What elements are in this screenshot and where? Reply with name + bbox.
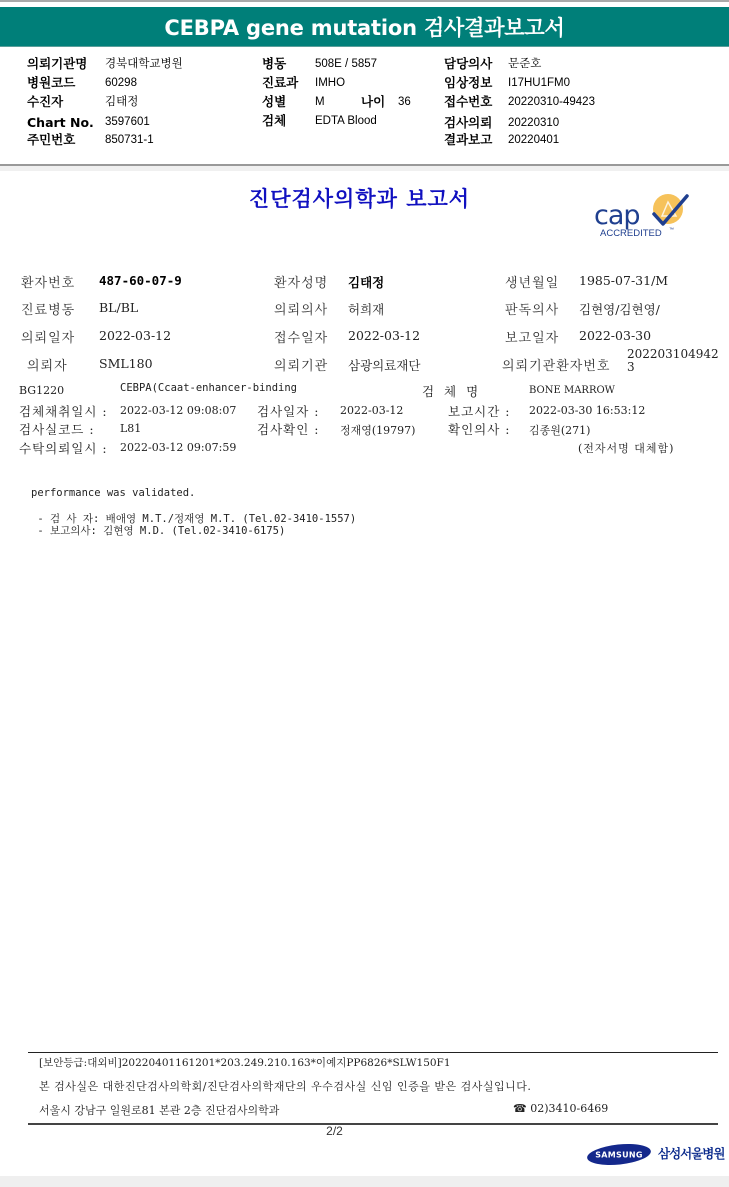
- svg-text:SAMSUNG: SAMSUNG: [595, 1151, 643, 1160]
- label-receipt-no: 접수번호: [444, 92, 492, 111]
- label-sex: 성별: [262, 92, 286, 111]
- label-requesting-institution: 의뢰기관: [274, 355, 328, 374]
- value-requesting-doctor: 허희재: [348, 300, 384, 318]
- value-department: IMHO: [315, 74, 345, 93]
- value-hospital-code: 60298: [105, 74, 137, 93]
- value-institution: 경북대학교병원: [105, 55, 183, 74]
- label-collection-time: 검체채취일시 :: [19, 402, 108, 420]
- value-specimen-name: BONE MARROW: [529, 385, 615, 396]
- footer-divider-top: [28, 1052, 718, 1053]
- label-requesting-doctor: 의뢰의사: [274, 299, 328, 318]
- value-clinical-info: I17HU1FM0: [508, 74, 570, 93]
- label-specimen: 검체: [262, 111, 286, 130]
- value-patient-no: 487-60-07-9: [99, 273, 182, 288]
- label-patient-name: 환자성명: [274, 272, 328, 291]
- header-info: 의뢰기관명 경북대학교병원 병원코드 60298 수진자 김태정 Chart N…: [0, 0, 729, 160]
- label-requester: 의뢰자: [27, 355, 68, 374]
- hospital-name: 삼성서울병원: [658, 1144, 724, 1162]
- label-birthdate: 생년월일: [505, 272, 559, 291]
- label-lab-code: 검사실코드 :: [19, 420, 95, 438]
- value-patient-name: 김태정: [348, 273, 384, 291]
- address-line: 서울시 강남구 일원로81 본관 2층 진단검사의학과: [39, 1102, 279, 1118]
- value-report-time: 2022-03-30 16:53:12: [529, 404, 645, 417]
- value-resident-no: 850731-1: [105, 131, 154, 150]
- phone-line: ☎ 02)3410-6469: [513, 1102, 608, 1115]
- value-examinee: 김태정: [105, 93, 138, 112]
- cap-badge-icon: cap ACCREDITED ™: [592, 192, 692, 242]
- value-test-date: 2022-03-12: [340, 404, 403, 417]
- value-chart-no: 3597601: [105, 113, 150, 132]
- value-sex: M: [315, 93, 325, 112]
- value-confirming-doctor: 김종원(271): [529, 422, 590, 438]
- e-signature-note: (전자서명 대체함): [578, 440, 674, 456]
- value-receipt-no: 20220310-49423: [508, 93, 595, 112]
- value-requester: SML180: [99, 356, 153, 371]
- label-hospital-code: 병원코드: [27, 73, 75, 92]
- label-clinical-info: 임상정보: [444, 73, 492, 92]
- label-institution: 의뢰기관명: [27, 54, 87, 73]
- header-divider-shade: [0, 166, 729, 171]
- label-specimen-name: 검 체 명: [422, 382, 481, 400]
- value-lab-code: L81: [120, 422, 141, 435]
- certification-line: 본 검사실은 대한진단검사의학회/진단검사의학재단의 우수검사실 신임 인증을 …: [39, 1078, 531, 1094]
- value-age: 36: [398, 93, 411, 112]
- label-test-confirm: 검사확인 :: [257, 420, 320, 438]
- value-report-date: 2022-03-30: [579, 328, 651, 343]
- value-ward: 508E / 5857: [315, 55, 377, 74]
- security-line: [보안등급:대외비]20220401161201*203.249.210.163…: [39, 1055, 451, 1070]
- label-request-date: 의뢰일자: [21, 327, 75, 346]
- reporting-doctor-line: - 보고의사: 김현영 M.D. (Tel.02-3410-6175): [31, 523, 285, 538]
- value-specimen: EDTA Blood: [315, 112, 377, 131]
- bottom-band: [0, 1176, 729, 1187]
- label-receipt-date: 접수일자: [274, 327, 328, 346]
- test-name: CEBPA(Ccaat-enhancer-binding: [120, 382, 297, 394]
- report-title-text: 진단검사의학과 보고서: [249, 186, 470, 211]
- label-department: 진료과: [262, 73, 298, 92]
- label-confirming-doctor: 확인의사 :: [448, 420, 511, 438]
- label-test-date: 검사일자 :: [257, 402, 320, 420]
- value-requesting-institution: 삼광의료재단: [348, 356, 420, 374]
- label-report-date: 보고일자: [505, 327, 559, 346]
- test-code: BG1220: [19, 384, 64, 397]
- value-test-confirm: 정재영(19797): [340, 422, 415, 438]
- svg-text:™: ™: [669, 227, 674, 233]
- label-consign-time: 수탁의뢰일시 :: [19, 439, 108, 457]
- value-collection-time: 2022-03-12 09:08:07: [120, 404, 236, 417]
- value-result-report: 20220401: [508, 131, 559, 150]
- label-result-report: 결과보고: [444, 130, 492, 149]
- label-resident-no: 주민번호: [27, 130, 75, 149]
- value-consign-time: 2022-03-12 09:07:59: [120, 441, 236, 454]
- value-reading-doctor: 김현영/김현영/: [579, 300, 660, 318]
- label-examinee: 수진자: [27, 92, 63, 111]
- label-ward: 병동: [262, 54, 286, 73]
- value-institution-patient-no-cont: 3: [627, 361, 635, 374]
- svg-text:ACCREDITED: ACCREDITED: [600, 228, 662, 239]
- svg-text:cap: cap: [594, 200, 640, 231]
- value-institution-patient-no: 202203104942: [627, 348, 719, 361]
- value-birthdate: 1985-07-31/M: [579, 273, 668, 288]
- label-patient-no: 환자번호: [21, 272, 75, 291]
- value-attending: 문준호: [508, 55, 541, 74]
- value-receipt-date: 2022-03-12: [348, 328, 420, 343]
- value-ward: BL/BL: [99, 300, 138, 315]
- label-attending: 담당의사: [444, 54, 492, 73]
- label-report-time: 보고시간 :: [448, 402, 511, 420]
- label-ward: 진료병동: [21, 299, 75, 318]
- label-reading-doctor: 판독의사: [505, 299, 559, 318]
- label-age: 나이: [361, 92, 385, 111]
- page-number: 2/2: [0, 1124, 699, 1138]
- label-institution-patient-no: 의뢰기관환자번호: [502, 355, 610, 374]
- value-request-date: 2022-03-12: [99, 328, 171, 343]
- validation-text: performance was validated.: [31, 487, 195, 499]
- cap-accredited-logo: cap ACCREDITED ™: [592, 192, 692, 242]
- samsung-logo-icon: SAMSUNG: [586, 1142, 652, 1167]
